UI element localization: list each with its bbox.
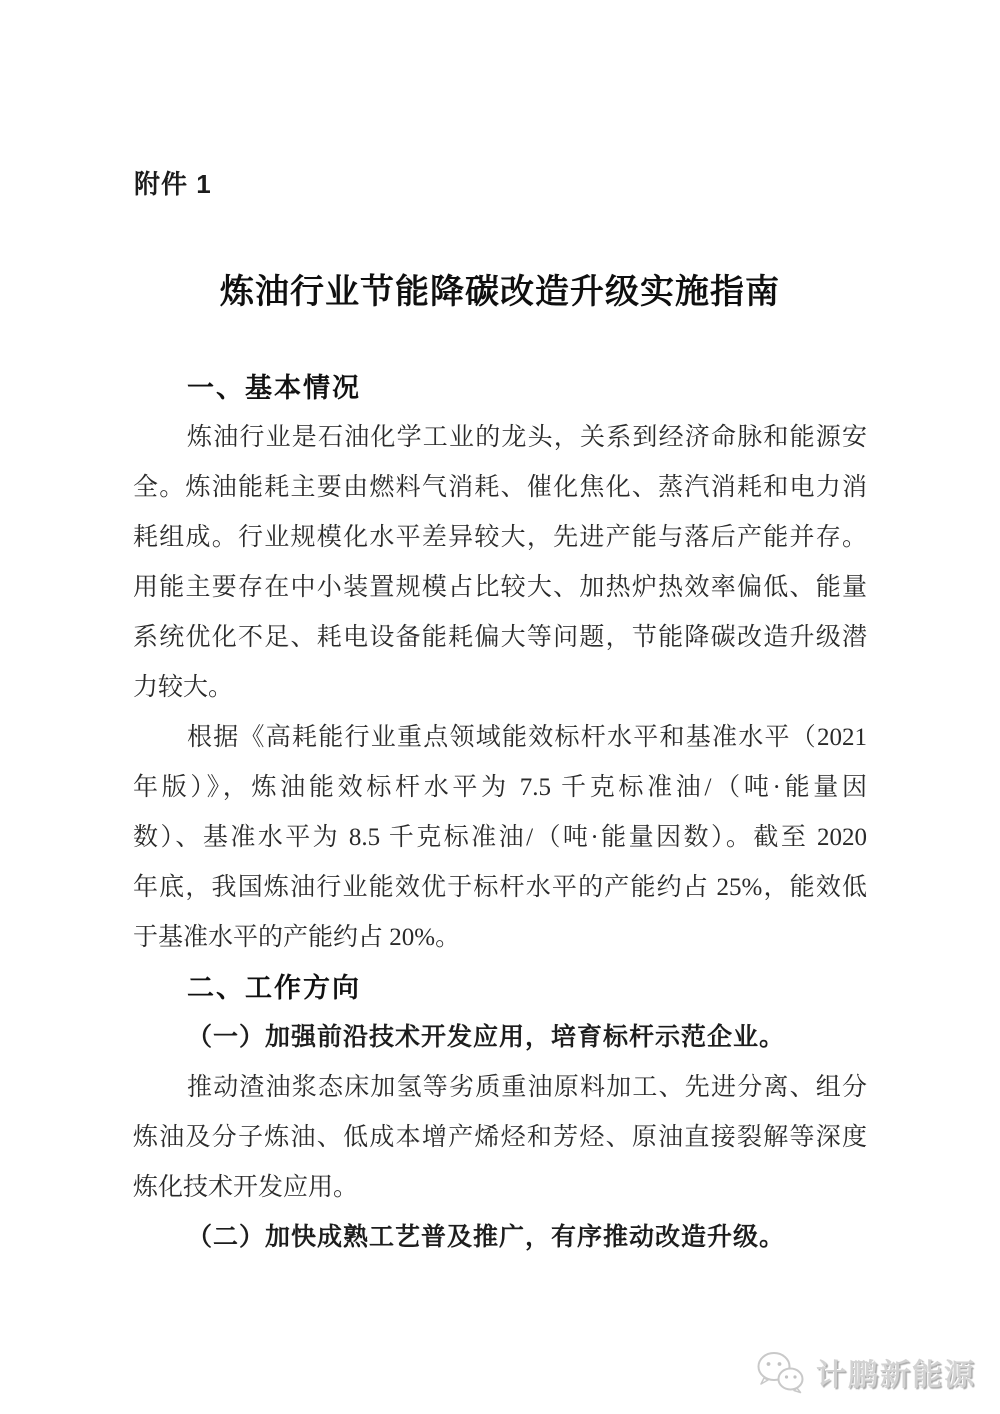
section-heading-2: 二、工作方向 — [133, 963, 867, 1013]
paragraph-line: 系统优化不足、耗电设备能耗偏大等问题，节能降碳改造升级潜 — [133, 613, 867, 663]
sub-heading-2: （二）加快成熟工艺普及推广，有序推动改造升级。 — [133, 1213, 867, 1263]
paragraph-line: 数）、基准水平为 8.5 千克标准油/（吨·能量因数）。截至 2020 — [133, 813, 867, 863]
document-title: 炼油行业节能降碳改造升级实施指南 — [0, 264, 1000, 313]
wechat-icon — [754, 1350, 806, 1394]
paragraph-line: 于基准水平的产能约占 20%。 — [133, 913, 867, 963]
paragraph-line: 炼化技术开发应用。 — [133, 1163, 867, 1213]
sub-heading-1: （一）加强前沿技术开发应用，培育标杆示范企业。 — [133, 1013, 867, 1063]
attachment-label: 附件 1 — [134, 164, 212, 201]
paragraph-line: 全。炼油能耗主要由燃料气消耗、催化焦化、蒸汽消耗和电力消 — [133, 463, 867, 513]
section-heading-1: 一、基本情况 — [133, 363, 867, 413]
paragraph-line: 年版）》，炼油能效标杆水平为 7.5 千克标准油/（吨·能量因 — [133, 763, 867, 813]
paragraph-line: 推动渣油浆态床加氢等劣质重油原料加工、先进分离、组分 — [133, 1063, 867, 1113]
document-page: 附件 1 炼油行业节能降碳改造升级实施指南 一、基本情况 炼油行业是石油化学工业… — [0, 0, 1000, 1414]
paragraph-line: 根据《高耗能行业重点领域能效标杆水平和基准水平（2021 — [133, 713, 867, 763]
paragraph-line: 耗组成。行业规模化水平差异较大，先进产能与落后产能并存。 — [133, 513, 867, 563]
watermark-label: 计鹏新能源 — [816, 1350, 976, 1394]
paragraph-line: 年底，我国炼油行业能效优于标杆水平的产能约占 25%，能效低 — [133, 863, 867, 913]
paragraph-line: 炼油行业是石油化学工业的龙头，关系到经济命脉和能源安 — [133, 413, 867, 463]
watermark: 计鹏新能源 — [754, 1350, 976, 1394]
paragraph-line: 炼油及分子炼油、低成本增产烯烃和芳烃、原油直接裂解等深度 — [133, 1113, 867, 1163]
paragraph-line: 用能主要存在中小装置规模占比较大、加热炉热效率偏低、能量 — [133, 563, 867, 613]
paragraph-line: 力较大。 — [133, 663, 867, 713]
document-body: 一、基本情况 炼油行业是石油化学工业的龙头，关系到经济命脉和能源安 全。炼油能耗… — [133, 363, 867, 1263]
